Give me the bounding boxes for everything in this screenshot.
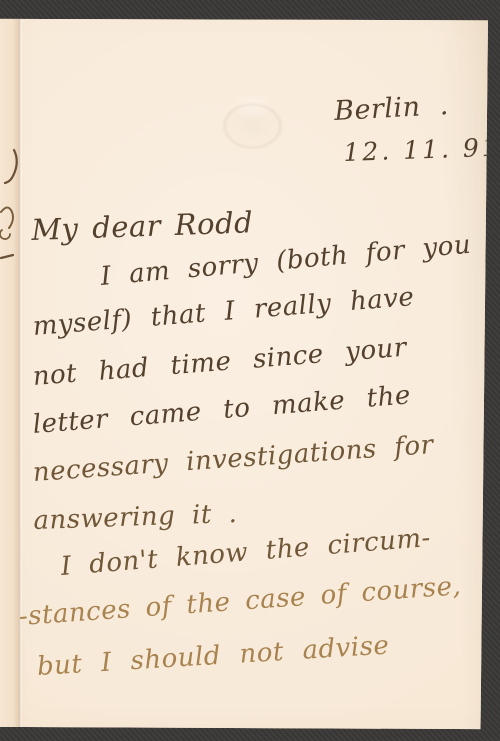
letter-body-line-4: letter came to make the [32,380,412,440]
letter-body-line-6: answering it . [33,499,238,536]
letter-body-line-8: -stances of the case of course, [18,571,462,632]
letter-salutation: My dear Rodd [31,205,254,247]
letter-body-line-9: but I should not advise [36,631,390,682]
letter-date: 12. 11. 91. [343,132,500,167]
letter-body-line-2: myself) that I really have [32,282,416,342]
facing-page-ink-marks-icon [0,0,22,741]
letter-body-line-5: necessary investigations for [32,430,435,488]
letter-place: Berlin . [333,90,449,127]
embossed-crest-icon [205,82,300,162]
letter-body-line-3: not had time since your [32,333,408,392]
letter-page: Berlin . 12. 11. 91. My dear Rodd I am s… [0,0,500,741]
